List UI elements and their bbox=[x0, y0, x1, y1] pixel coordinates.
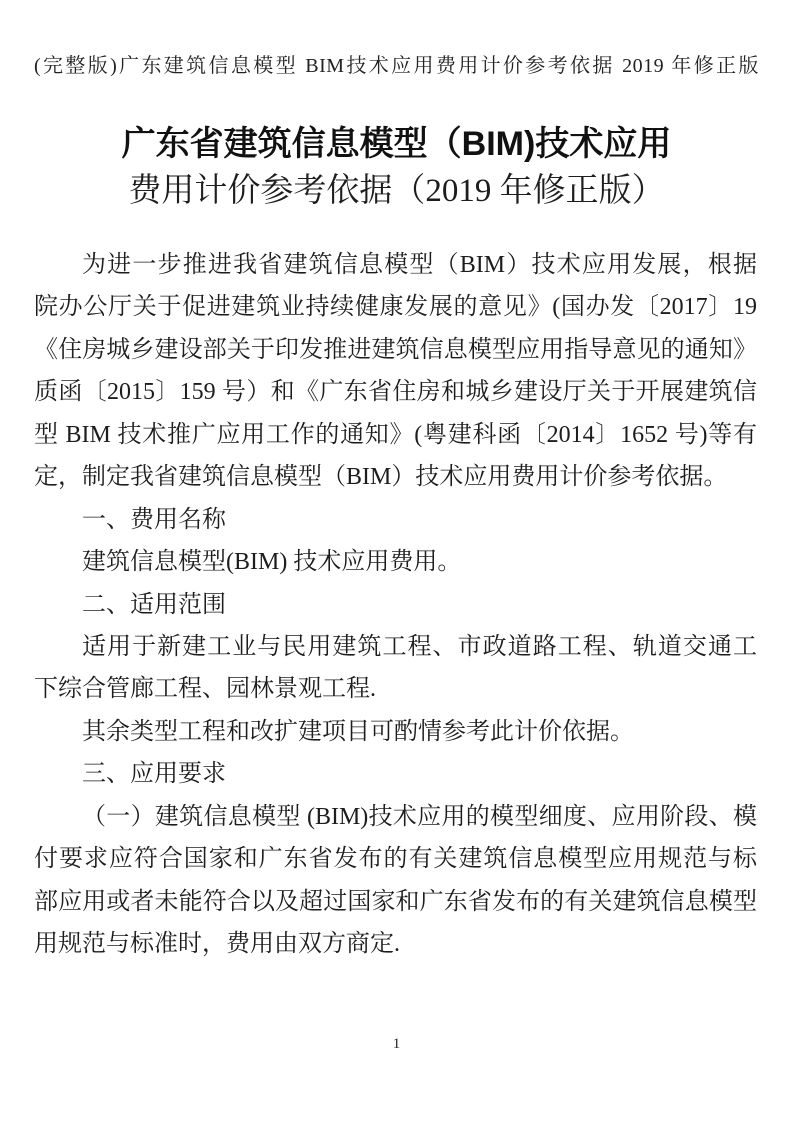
text-line: 《住房城乡建设部关于印发推进建筑信息模型应用指导意见的通知》（建 bbox=[34, 329, 757, 371]
text-line: 部应用或者未能符合以及超过国家和广东省发布的有关建筑信息模型应 bbox=[34, 881, 757, 923]
page-header: (完整版)广东建筑信息模型 BIM技术应用费用计价参考依据 2019 年修正版 bbox=[34, 50, 759, 82]
text-line: 为进一步推进我省建筑信息模型（BIM）技术应用发展，根据《国务 bbox=[34, 244, 757, 286]
text-line: 型 BIM 技术推广应用工作的通知》(粤建科函〔2014〕1652 号)等有关规 bbox=[34, 414, 757, 456]
document-title: 广东省建筑信息模型（BIM)技术应用 费用计价参考依据（2019 年修正版） bbox=[0, 121, 793, 214]
text-line: 院办公厅关于促进建筑业持续健康发展的意见》(国办发〔2017〕19 号)、 bbox=[34, 286, 757, 328]
text-line: 二、适用范围 bbox=[34, 584, 757, 626]
text-line: 其余类型工程和改扩建项目可酌情参考此计价依据。 bbox=[34, 711, 757, 753]
page-number: 1 bbox=[0, 1036, 793, 1053]
text-line: 用规范与标准时，费用由双方商定. bbox=[34, 923, 757, 965]
text-line: 定，制定我省建筑信息模型（BIM）技术应用费用计价参考依据。 bbox=[34, 456, 757, 498]
text-line: 一、费用名称 bbox=[34, 499, 757, 541]
text-line: 建筑信息模型(BIM) 技术应用费用。 bbox=[34, 541, 757, 583]
text-line: 下综合管廊工程、园林景观工程. bbox=[34, 668, 757, 710]
text-line: 适用于新建工业与民用建筑工程、市政道路工程、轨道交通工程、地 bbox=[34, 626, 757, 668]
text-line: 质函〔2015〕159 号）和《广东省住房和城乡建设厅关于开展建筑信息模 bbox=[34, 371, 757, 413]
text-line: 付要求应符合国家和广东省发布的有关建筑信息模型应用规范与标准; 局 bbox=[34, 838, 757, 880]
text-line: （一）建筑信息模型 (BIM)技术应用的模型细度、应用阶段、模型交 bbox=[34, 796, 757, 838]
document-body: 为进一步推进我省建筑信息模型（BIM）技术应用发展，根据《国务院办公厅关于促进建… bbox=[34, 244, 757, 965]
document-page: (完整版)广东建筑信息模型 BIM技术应用费用计价参考依据 2019 年修正版 … bbox=[0, 0, 793, 1122]
document-title-line2: 费用计价参考依据（2019 年修正版） bbox=[0, 168, 793, 214]
text-line: 三、应用要求 bbox=[34, 753, 757, 795]
document-title-line1: 广东省建筑信息模型（BIM)技术应用 bbox=[0, 121, 793, 168]
